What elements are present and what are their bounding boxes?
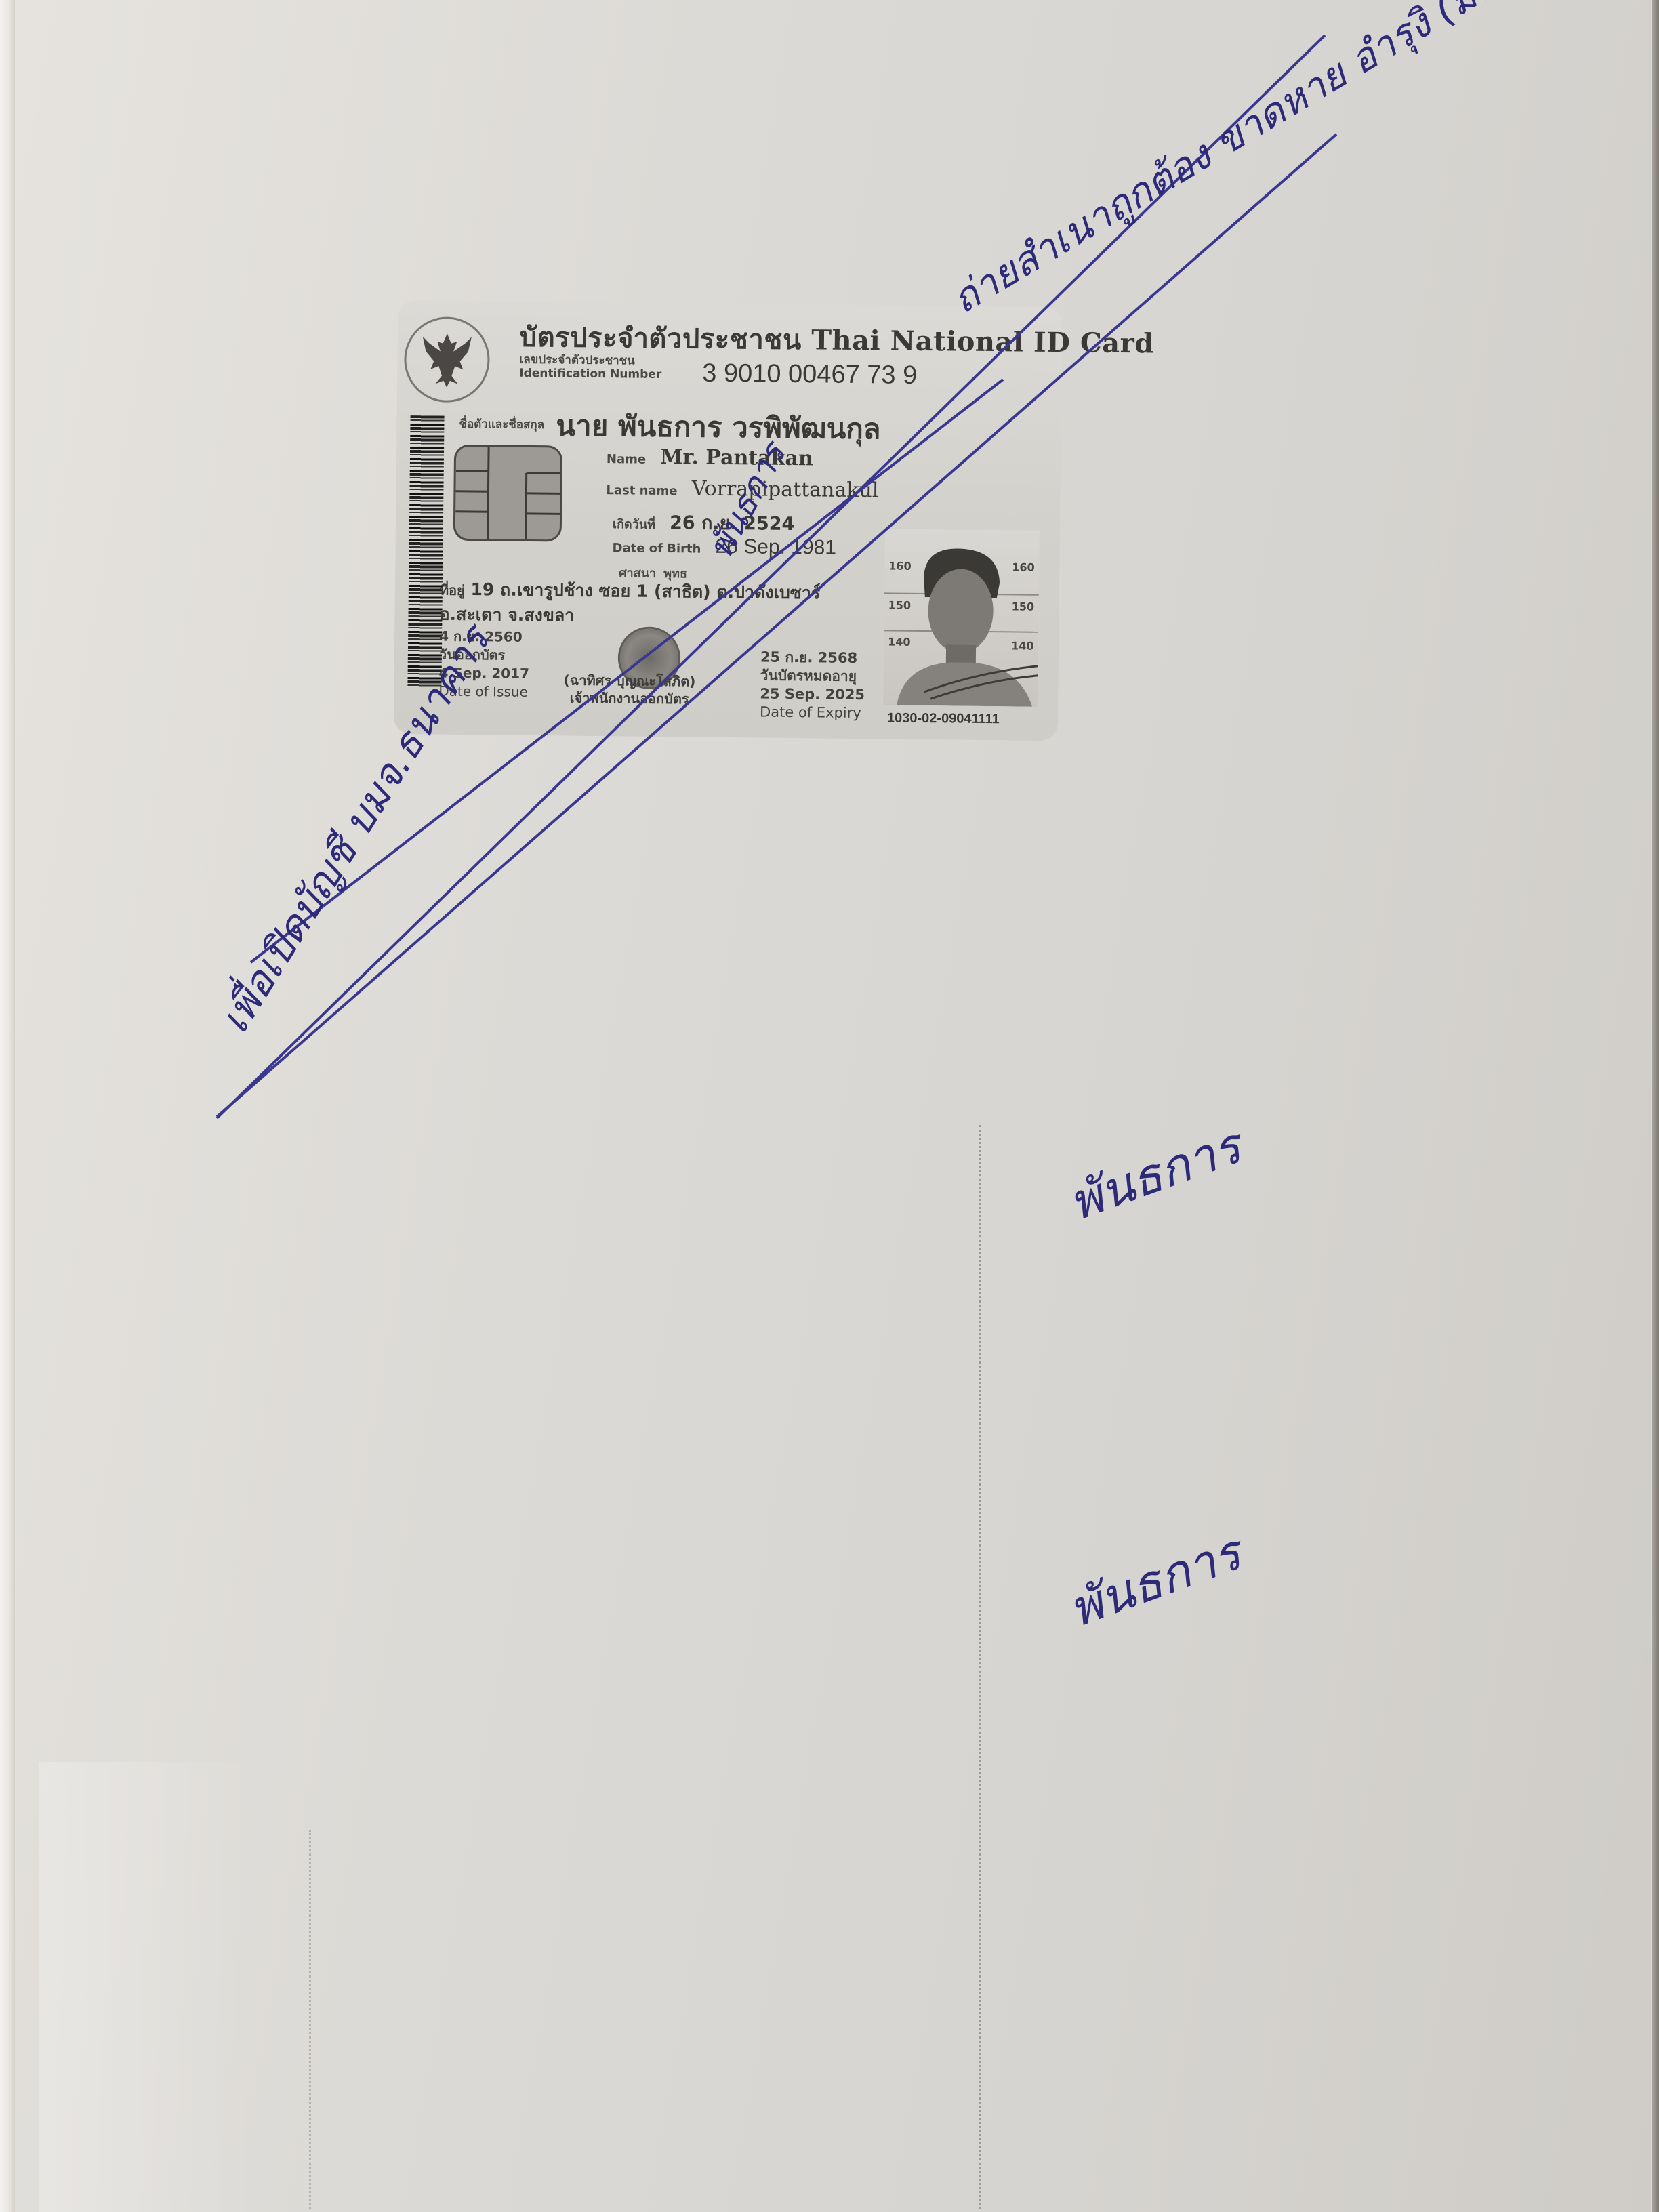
- address-line-2: อ.สะเดา จ.สงขลา: [439, 602, 820, 631]
- name-label-en: Name: [607, 452, 646, 467]
- dob-label-en: Date of Birth: [612, 541, 701, 556]
- dob-th-row: เกิดวันที่ 26 ก.ย. 2524: [613, 507, 795, 538]
- expiry-date-block: 25 ก.ย. 2568 วันบัตรหมดอายุ 25 Sep. 2025…: [760, 649, 865, 723]
- issue-date-en: 4 Sep. 2017: [438, 664, 529, 683]
- paper-right-edge: [1652, 0, 1659, 2212]
- name-thai: นาย พันธการ วรพิพัฒนกุล: [556, 403, 881, 451]
- dotted-guide-line: [309, 1830, 311, 2209]
- expiry-date-th: 25 ก.ย. 2568: [760, 649, 865, 668]
- height-mark: 150: [888, 598, 912, 611]
- dob-label-th: เกิดวันที่: [613, 517, 655, 532]
- officer-name: (ฉาทิศร บุญณะโสภิต): [563, 671, 695, 690]
- last-name-row: Last name Vorrapipattanakul: [606, 476, 878, 502]
- name-en: Mr. Pantakan: [660, 445, 813, 470]
- dotted-guide-line: [979, 1125, 981, 2209]
- smart-chip-icon: [453, 445, 562, 542]
- last-name-en: Vorrapipattanakul: [692, 476, 879, 502]
- id-number: 3 9010 00467 73 9: [702, 359, 917, 390]
- expiry-label-en: Date of Expiry: [760, 703, 865, 723]
- officer-title: เจ้าพนักงานออกบัตร: [563, 689, 695, 708]
- dob-en-row: Date of Birth 26 Sep. 1981: [612, 534, 836, 559]
- last-name-label: Last name: [606, 483, 677, 498]
- issue-label-th: วันออกบัตร: [439, 646, 530, 665]
- garuda-emblem-icon: [404, 316, 490, 403]
- dob-en: 26 Sep. 1981: [715, 535, 836, 559]
- address: ที่อยู่ 19 ถ.เขารูปช้าง ซอย 1 (สาธิต) ต.…: [439, 577, 820, 631]
- issue-label-en: Date of Issue: [438, 682, 529, 701]
- expiry-date-en: 25 Sep. 2025: [760, 685, 865, 705]
- card-serial-number: 1030-02-09041111: [887, 710, 1000, 727]
- paper-fold-shadow: [39, 1762, 256, 2212]
- issue-date-th: 4 ก.ย. 2560: [439, 628, 530, 647]
- svg-text:160: 160: [1012, 560, 1035, 573]
- issuing-officer-block: (ฉาทิศร บุญณะโสภิต) เจ้าพนักงานออกบัตร: [563, 671, 695, 708]
- name-label-th: ชื่อตัวและชื่อสกุล: [459, 415, 544, 434]
- dob-th: 26 ก.ย. 2524: [670, 512, 795, 535]
- height-mark: 140: [888, 635, 911, 648]
- address-label: ที่อยู่: [440, 582, 465, 598]
- id-card-photocopy: บัตรประจำตัวประชาชน Thai National ID Car…: [394, 300, 1063, 741]
- expiry-label-th: วันบัตรหมดอายุ: [760, 667, 865, 687]
- holder-photo: 160 150 140 160 150 140: [883, 529, 1040, 706]
- paper-left-edge: [0, 0, 15, 2212]
- svg-text:140: 140: [1011, 639, 1034, 652]
- name-en-row: Name Mr. Pantakan: [607, 445, 813, 470]
- address-line-1: 19 ถ.เขารูปช้าง ซอย 1 (สาธิต) ต.ปาดังเบซ…: [470, 579, 820, 602]
- id-label-en: Identification Number: [519, 367, 661, 382]
- svg-text:150: 150: [1012, 600, 1035, 613]
- height-mark: 160: [888, 559, 912, 572]
- issue-date-block: 4 ก.ย. 2560 วันออกบัตร 4 Sep. 2017 Date …: [438, 628, 530, 701]
